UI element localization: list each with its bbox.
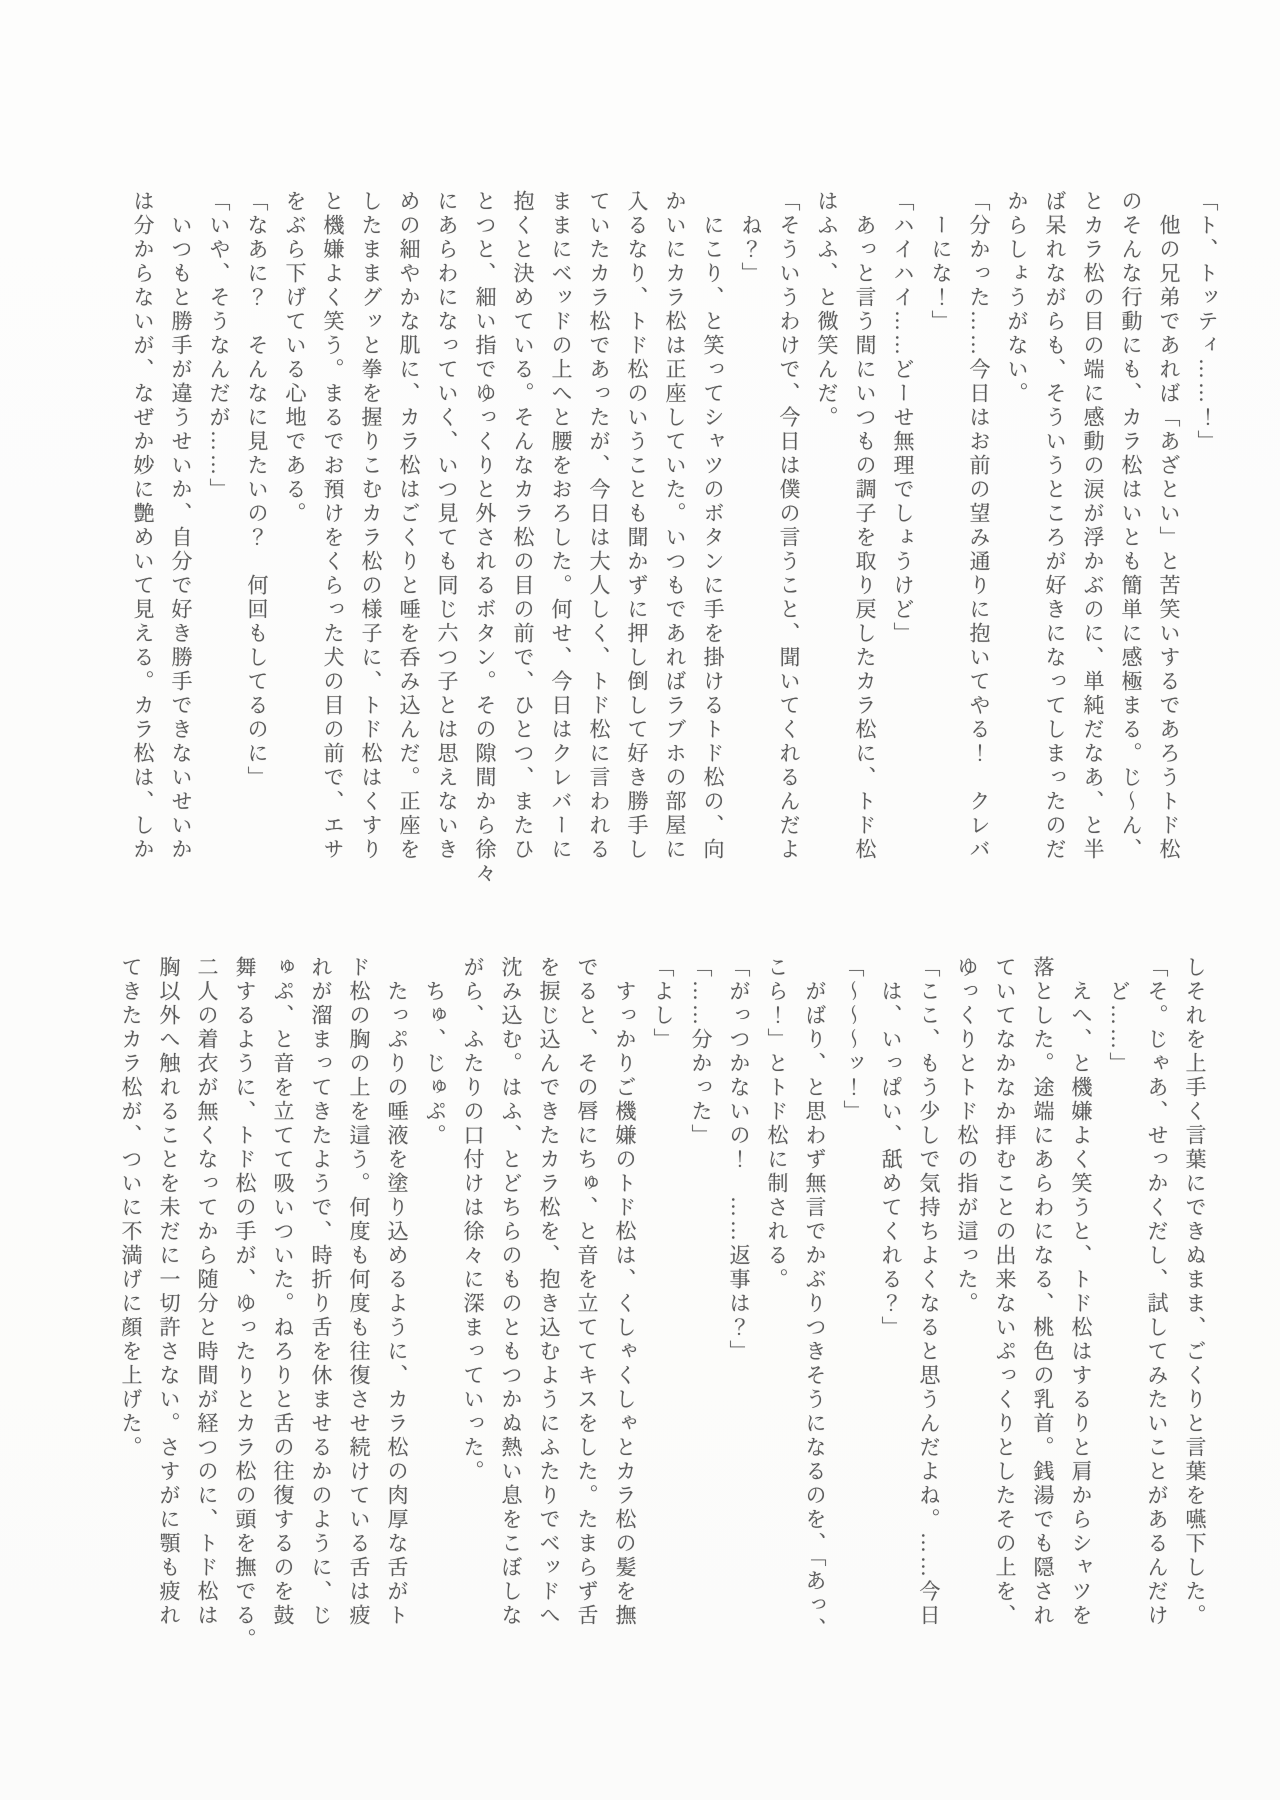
- text-column: ね？」: [732, 190, 770, 896]
- text-column: しそれを上手く言葉にできぬまま、ごくりと言葉を嚥下した。: [1176, 956, 1214, 1662]
- text-column: ば呆れながらも、そういうところが好きになってしまったのだ: [1036, 190, 1074, 896]
- text-column: 「ハイハイ……どーせ無理でしょうけど」: [884, 190, 922, 896]
- text-column: 二人の着衣が無くなってから随分と時間が経つのに、トド松は: [188, 956, 226, 1662]
- text-column: こら！」とトド松に制される。: [758, 956, 796, 1662]
- text-column: をぶら下げている心地である。: [276, 190, 314, 896]
- text-column: めの細やかな肌に、カラ松はごくりと唾を呑み込んだ。正座を: [390, 190, 428, 896]
- text-column: とカラ松の目の端に感動の涙が浮かぶのに、単純だなあ、と半: [1074, 190, 1112, 896]
- text-column: 「～～～ッ！」: [834, 956, 872, 1662]
- text-column: 「なあに？ そんなに見たいの？ 何回もしてるのに」: [238, 190, 276, 896]
- text-column: したままグッと拳を握りこむカラ松の様子に、トド松はくすり: [352, 190, 390, 896]
- text-column: ゅぷ、と音を立てて吸いついた。ねろりと舌の往復するのを鼓: [264, 956, 302, 1662]
- text-column: がら、ふたりの口付けは徐々に深まっていった。: [454, 956, 492, 1662]
- text-column: にこり、と笑ってシャツのボタンに手を掛けるトド松の、向: [694, 190, 732, 896]
- text-column: あっと言う間にいつもの調子を取り戻したカラ松に、トド松: [846, 190, 884, 896]
- text-column: ゆっくりとトド松の指が這った。: [948, 956, 986, 1662]
- text-column: 「……分かった」: [682, 956, 720, 1662]
- text-column: がばり、と思わず無言でかぶりつきそうになるのを、「あっ、: [796, 956, 834, 1662]
- text-column: 落とした。途端にあらわになる、桃色の乳首。銭湯でも隠され: [1024, 956, 1062, 1662]
- text-column: 「ここ、もう少しで気持ちよくなると思うんだよね。……今日: [910, 956, 948, 1662]
- text-column: いつもと勝手が違うせいか、自分で好き勝手できないせいか: [162, 190, 200, 896]
- text-column: ちゅ、じゅぷ。: [416, 956, 454, 1662]
- text-column: 「分かった……今日はお前の望み通りに抱いてやる！ クレバ: [960, 190, 998, 896]
- text-column: ド松の胸の上を這う。何度も何度も往復させ続けている舌は疲: [340, 956, 378, 1662]
- text-column: と機嫌よく笑う。まるでお預けをくらった犬の目の前で、エサ: [314, 190, 352, 896]
- text-column: は、いっぱい、舐めてくれる？」: [872, 956, 910, 1662]
- text-column: はふふ、と微笑んだ。: [808, 190, 846, 896]
- text-column: からしょうがない。: [998, 190, 1036, 896]
- text-column: 他の兄弟であれば「あざとい」と苦笑いするであろうトド松: [1150, 190, 1188, 896]
- text-column: でると、その唇にちゅ、と音を立ててキスをした。たまらず舌: [568, 956, 606, 1662]
- text-column: すっかりご機嫌のトド松は、くしゃくしゃとカラ松の髪を撫: [606, 956, 644, 1662]
- text-block-top: 「ト、トッティ……！」他の兄弟であれば「あざとい」と苦笑いするであろうトド松のそ…: [124, 190, 1226, 896]
- text-column: ど……」: [1100, 956, 1138, 1662]
- text-column: 「ト、トッティ……！」: [1188, 190, 1226, 896]
- text-block-bottom: しそれを上手く言葉にできぬまま、ごくりと言葉を嚥下した。「そ。じゃあ、せっかくだ…: [112, 956, 1214, 1662]
- text-column: ていてなかなか拝むことの出来ないぷっくりとしたその上を、: [986, 956, 1024, 1662]
- text-column: を捩じ込んできたカラ松を、抱き込むようにふたりでベッドへ: [530, 956, 568, 1662]
- text-column: ままにベッドの上へと腰をおろした。何せ、今日はクレバーに: [542, 190, 580, 896]
- text-column: 「いや、そうなんだが……」: [200, 190, 238, 896]
- text-column: てきたカラ松が、ついに不満げに顔を上げた。: [112, 956, 150, 1662]
- text-column: 「そ。じゃあ、せっかくだし、試してみたいことがあるんだけ: [1138, 956, 1176, 1662]
- text-column: 「よし」: [644, 956, 682, 1662]
- text-column: のそんな行動にも、カラ松はいとも簡単に感極まる。じ～ん、: [1112, 190, 1150, 896]
- text-column: 入るなり、トド松のいうことも聞かずに押し倒して好き勝手し: [618, 190, 656, 896]
- text-column: 胸以外へ触れることを未だに一切許さない。さすがに顎も疲れ: [150, 956, 188, 1662]
- text-column: は分からないが、なぜか妙に艶めいて見える。カラ松は、しか: [124, 190, 162, 896]
- text-column: ーにな！」: [922, 190, 960, 896]
- text-column: かいにカラ松は正座していた。いつもであればラブホの部屋に: [656, 190, 694, 896]
- text-column: 舞するように、トド松の手が、ゆったりとカラ松の頭を撫でる。: [226, 956, 264, 1662]
- text-column: れが溜まってきたようで、時折り舌を休ませるかのように、じ: [302, 956, 340, 1662]
- text-column: 「がっつかないの！ ……返事は？」: [720, 956, 758, 1662]
- text-column: にあらわになっていく、いつ見ても同じ六つ子とは思えないき: [428, 190, 466, 896]
- text-column: えへ、と機嫌よく笑うと、トド松はするりと肩からシャツを: [1062, 956, 1100, 1662]
- text-column: 沈み込む。はふ、とどちらのものともつかぬ熱い息をこぼしな: [492, 956, 530, 1662]
- text-column: たっぷりの唾液を塗り込めるように、カラ松の肉厚な舌がト: [378, 956, 416, 1662]
- text-column: 「そういうわけで、今日は僕の言うこと、聞いてくれるんだよ: [770, 190, 808, 896]
- text-column: ていたカラ松であったが、今日は大人しく、トド松に言われる: [580, 190, 618, 896]
- text-column: とつと、細い指でゆっくりと外されるボタン。その隙間から徐々: [466, 190, 504, 896]
- text-column: 抱くと決めている。そんなカラ松の目の前で、ひとつ、またひ: [504, 190, 542, 896]
